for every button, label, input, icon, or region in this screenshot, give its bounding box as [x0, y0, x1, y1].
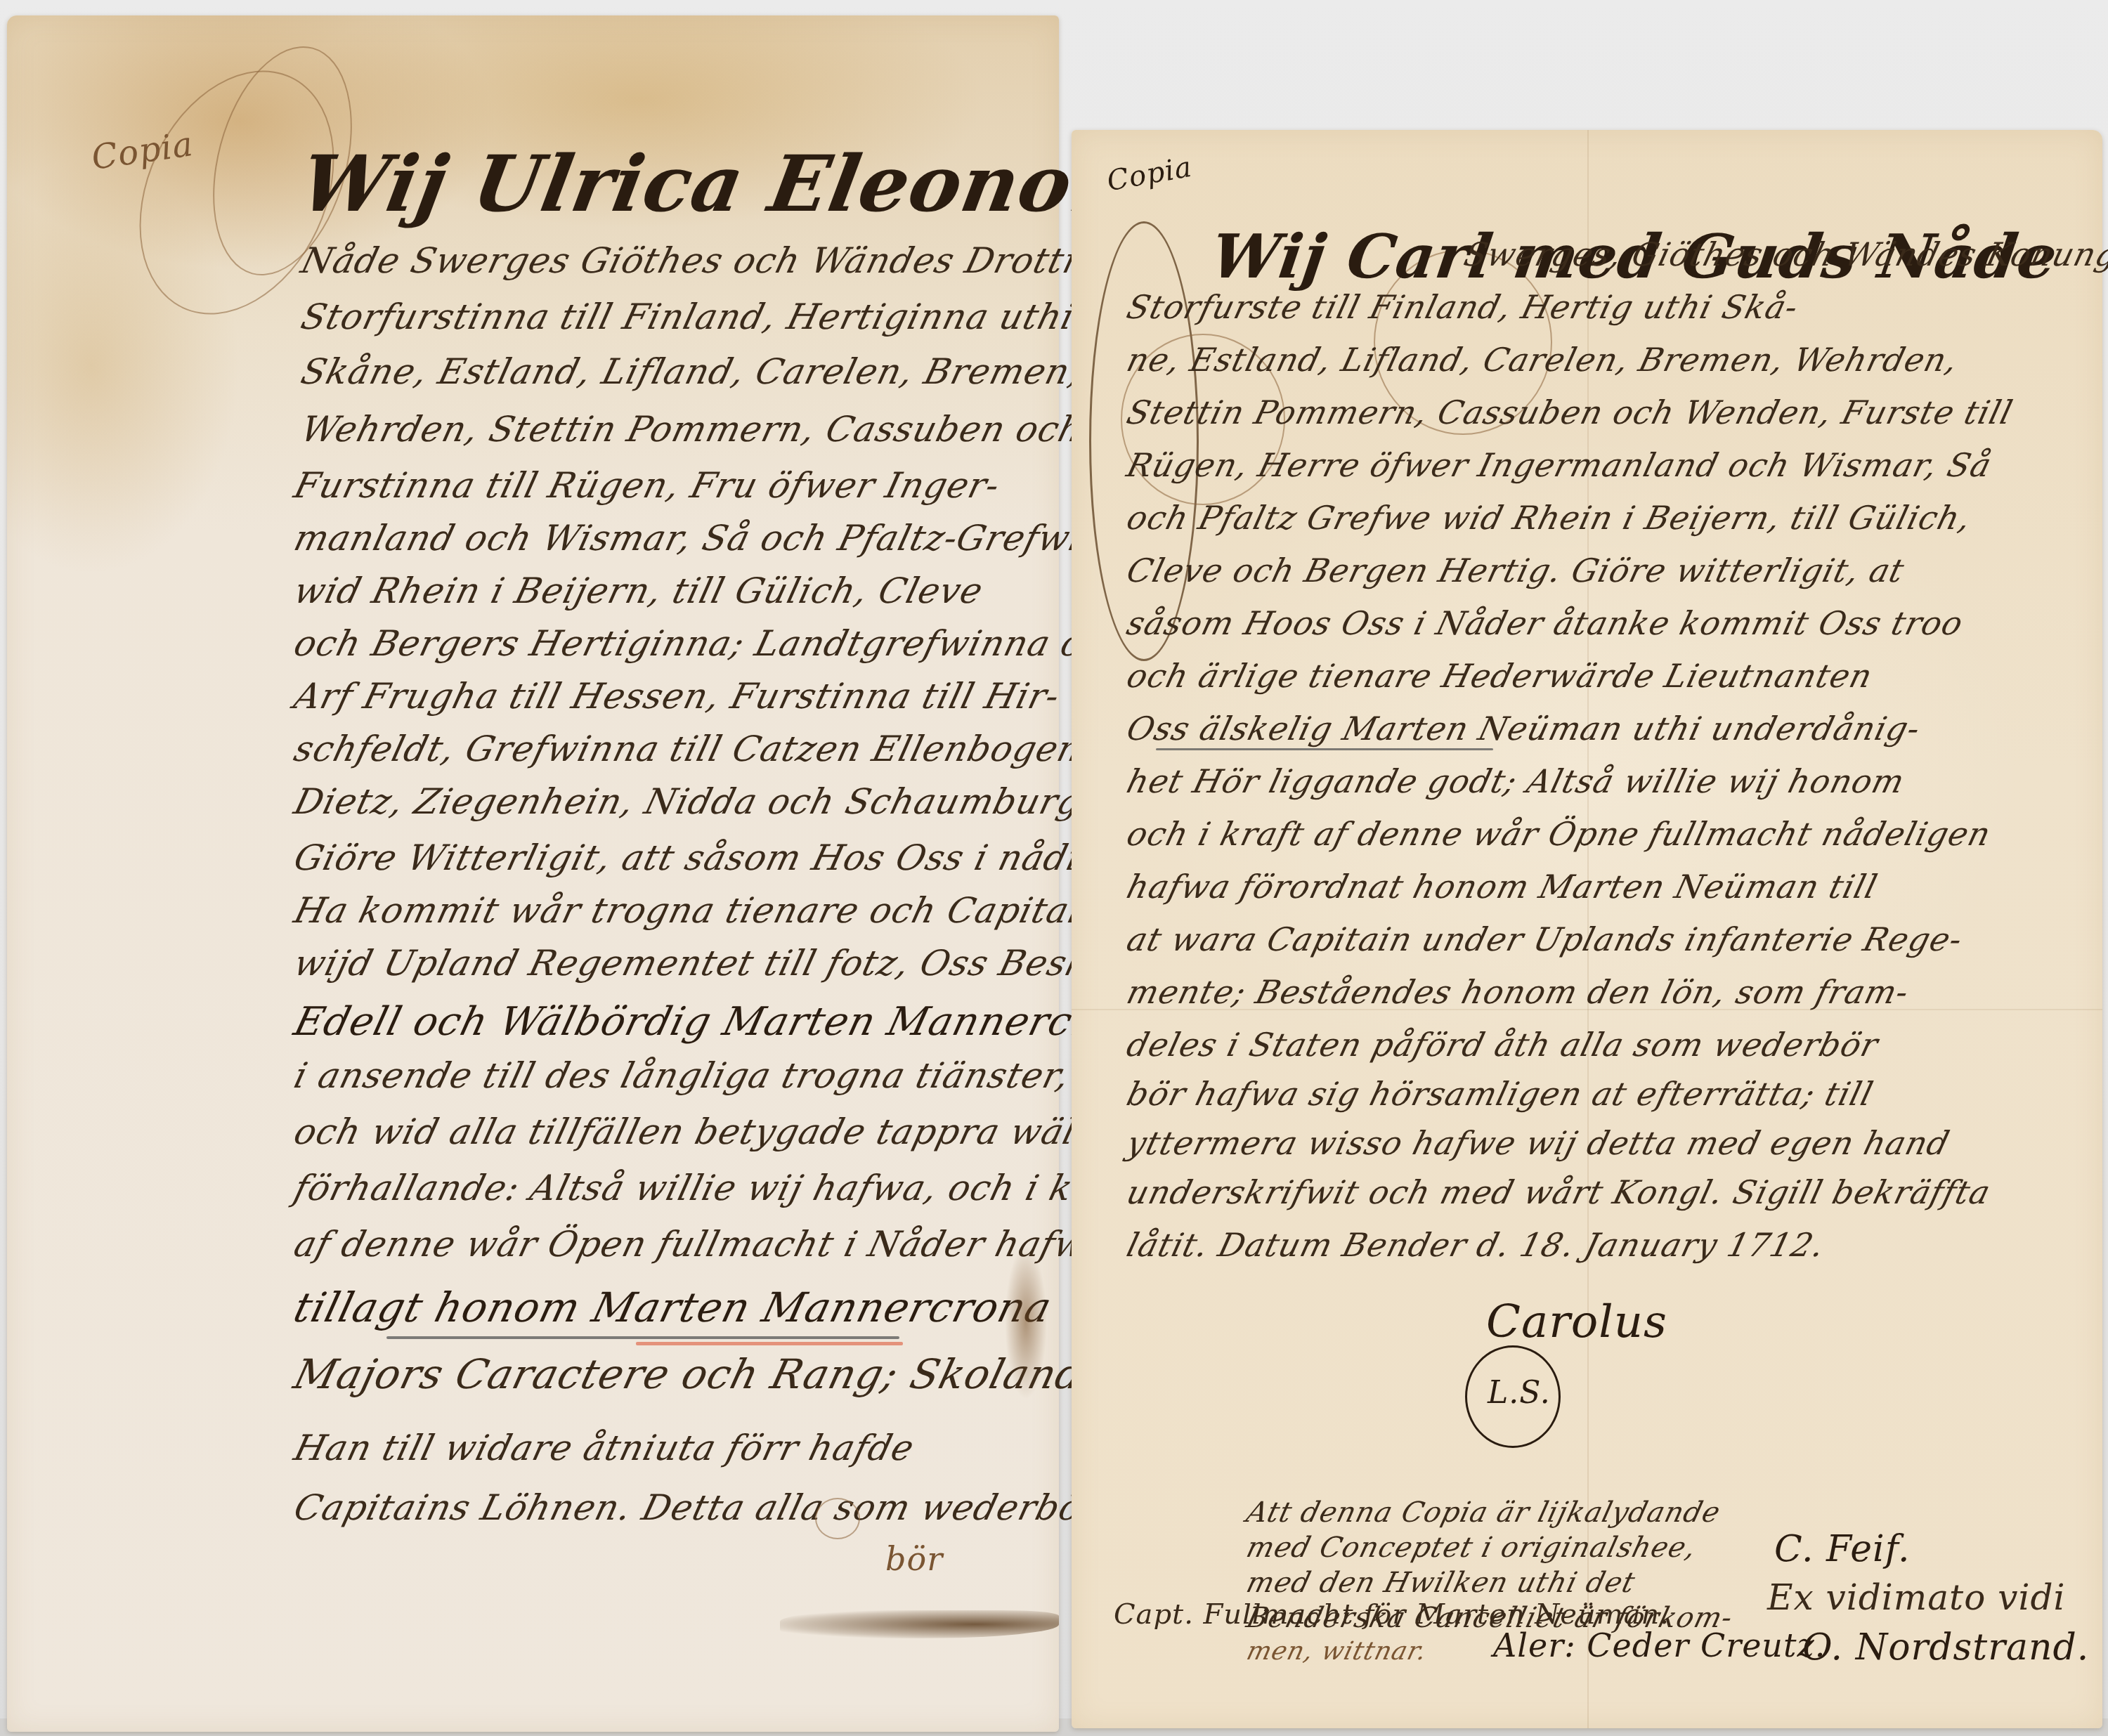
text-line: och i kraft af denne wår Öpne fullmacht …	[1123, 815, 1995, 853]
text-line: i ansende till des långliga trogna tiäns…	[290, 1055, 1074, 1096]
attestation-signature: Aler: Ceder Creutz.	[1493, 1626, 1826, 1664]
vidimus-note: Ex vidimato vidi	[1767, 1577, 2065, 1618]
text-line: Furstinna till Rügen, Fru öfwer Inger-	[290, 465, 1004, 506]
water-stain	[1005, 1245, 1047, 1399]
attestation-line: Att denna Copia är lijkalydande	[1243, 1496, 1724, 1529]
docket-note: Capt. Fullmacht för Marten Neüman.	[1114, 1598, 1670, 1631]
text-line: Dietz, Ziegenhein, Nidda och Schaumburg.…	[290, 781, 1178, 822]
text-line: Storfurste till Finland, Hertig uthi Skå…	[1123, 288, 1802, 326]
text-line: Swerges, Giöthes och Wändes Konung,	[1460, 235, 2108, 273]
royal-signature: Carolus	[1486, 1296, 1667, 1348]
text-line: och wid alla tillfällen betygade tappra …	[290, 1111, 1104, 1152]
attestation-line: med den Hwilken uthi det	[1243, 1567, 1639, 1599]
closing-flourish-icon	[815, 1498, 860, 1539]
seal-label: L.S.	[1488, 1375, 1551, 1411]
left-document-sheet: Copia Wij Ulrica Eleonora med Guds Nåde …	[7, 15, 1059, 1732]
text-line: och Pfaltz Grefwe wid Rhein i Beijern, t…	[1123, 499, 1975, 537]
text-line: Storfurstinna till Finland, Hertiginna u…	[297, 296, 1079, 337]
text-line: Oss älskelig Marten Neüman uthi underdån…	[1123, 710, 1924, 748]
text-line: wijd Upland Regementet till fotz, Oss Be…	[290, 943, 1185, 984]
text-line: wid Rhein i Beijern, till Gülich, Cleve	[290, 570, 988, 611]
text-line: och Bergers Hertiginna; Landtgrefwinna o…	[290, 623, 1133, 664]
text-line: Skåne, Estland, Lifland, Carelen, Bremen…	[297, 351, 1086, 392]
text-line: hafwa förordnat honom Marten Neüman till	[1123, 868, 1881, 906]
text-line: Edell och Wälbördig Marten Mannercrona,	[289, 999, 1185, 1045]
red-crayon-underline	[636, 1342, 903, 1345]
text-line: Capitains Löhnen. Detta alla som wederbö…	[290, 1487, 1104, 1528]
text-line: Han till widare åtniuta förr hafde	[290, 1428, 918, 1468]
text-line: deles i Staten påförd åth alla som weder…	[1123, 1026, 1882, 1064]
text-line: ne, Estland, Lifland, Carelen, Bremen, W…	[1123, 341, 1962, 379]
date-line: låtit. Datum Bender d. 18. January 1712.	[1123, 1226, 1828, 1264]
text-line: af denne wår Öpen fullmacht i Nåder hafw…	[290, 1224, 1112, 1265]
pencil-underline	[386, 1336, 899, 1339]
attestation-line: med Conceptet i originalshee,	[1243, 1532, 1700, 1564]
text-line: bör hafwa sig hörsamligen at efterrätta;…	[1123, 1075, 1877, 1113]
text-line: het Hör liggande godt; Altså willie wij …	[1123, 762, 1908, 800]
text-line: förhallande: Altså willie wij hafwa, och…	[290, 1168, 1145, 1208]
text-line: Cleve och Bergen Hertig. Giöre witterlig…	[1123, 552, 1908, 589]
ink-stain	[780, 1610, 1059, 1638]
text-line: manland och Wismar, Så och Pfaltz-Grefwi…	[290, 518, 1155, 559]
right-document-sheet: Copia Wij Carl med Guds Nåde Swerges, Gi…	[1072, 130, 2102, 1728]
vidimus-signature: O. Nordstrand.	[1802, 1626, 2089, 1669]
text-line: Rügen, Herre öfwer Ingermanland och Wism…	[1123, 446, 1996, 484]
text-line: Ha kommit wår trogna tienare och Capitai…	[290, 890, 1131, 931]
text-line: mente; Beståendes honom den lön, som fra…	[1123, 973, 1913, 1011]
secretary-signature: C. Feif.	[1774, 1528, 1911, 1570]
text-line: at wara Capitain under Uplands infanteri…	[1123, 920, 1966, 958]
pencil-underline	[1156, 748, 1493, 750]
text-line: och ärlige tienare Hederwärde Lieutnante…	[1123, 657, 1876, 695]
text-line: yttermera wisso hafwe wij detta med egen…	[1123, 1124, 1953, 1162]
text-line: såsom Hoos Oss i Nåder åtanke kommit Oss…	[1123, 604, 1967, 642]
text-line: underskrifwit och med wårt Kongl. Sigill…	[1123, 1173, 1994, 1211]
text-line: tillagt honom Marten Mannercrona	[289, 1284, 1057, 1331]
text-line: schfeldt, Grefwinna till Catzen Ellenbog…	[290, 729, 1098, 769]
text-line: Arf Frugha till Hessen, Furstinna till H…	[290, 676, 1065, 717]
text-line: Stettin Pommern, Cassuben och Wenden, Fu…	[1123, 393, 2017, 431]
right-marginal-note: Copia	[1105, 151, 1195, 197]
attestation-line: men, wittnar.	[1244, 1637, 1430, 1666]
text-line: Nåde Swerges Giöthes och Wändes Drottnin…	[297, 240, 1151, 281]
closing-word: bör	[885, 1540, 943, 1578]
